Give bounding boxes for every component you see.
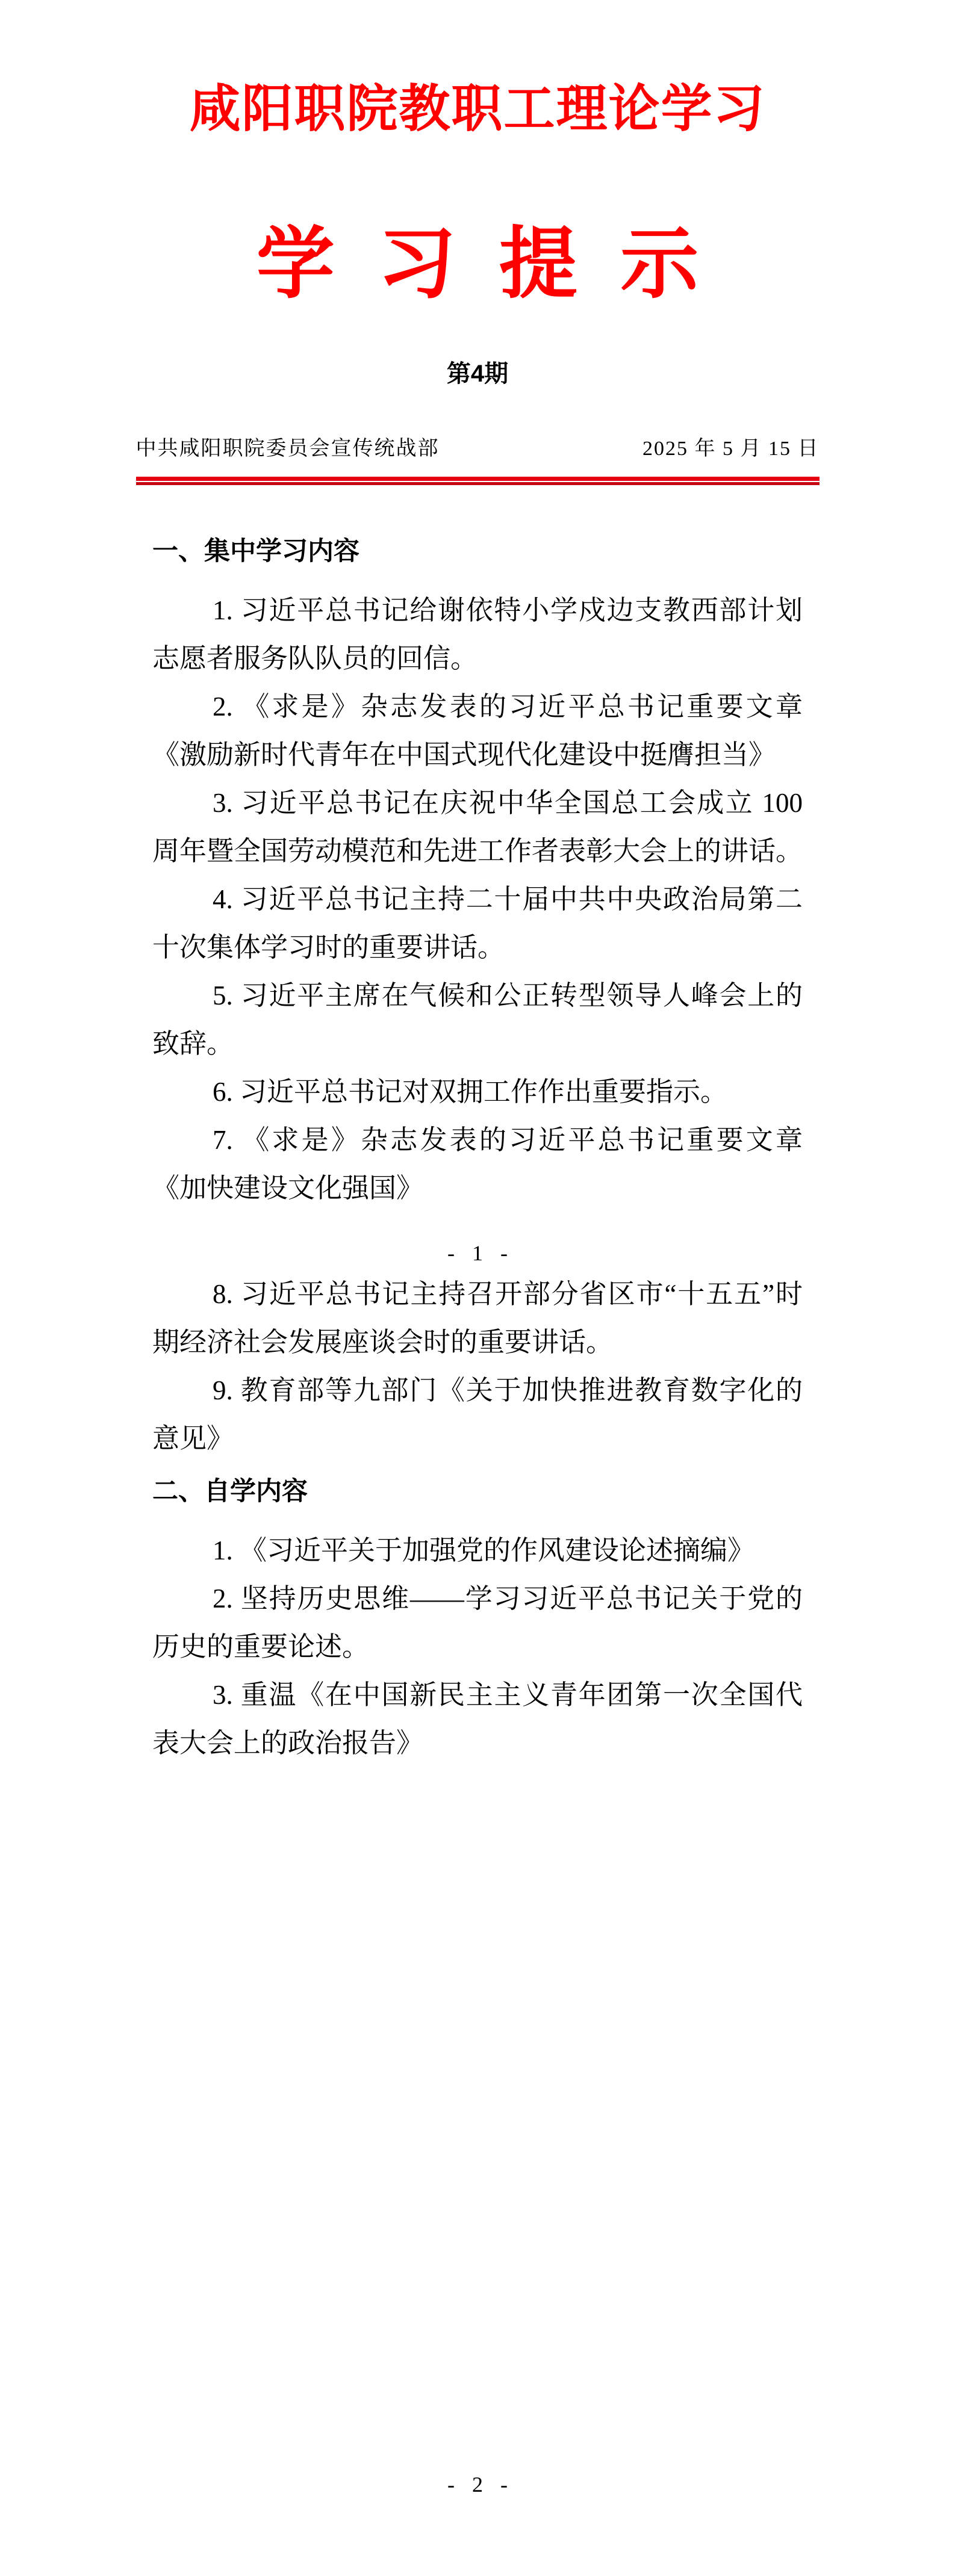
doc-subtitle: 学习提示 [0, 223, 955, 307]
list-item-2-1: 1. 《习近平关于加强党的作风建设论述摘编》 [152, 1526, 803, 1574]
list-item-1-7: 7. 《求是》杂志发表的习近平总书记重要文章《加快建设文化强国》 [152, 1116, 803, 1212]
page-number-1: - 1 - [152, 1240, 803, 1266]
issue-number: 第4期 [0, 360, 955, 388]
list-item-1-2: 2. 《求是》杂志发表的习近平总书记重要文章《激励新时代青年在中国式现代化建设中… [152, 683, 803, 779]
section-2-heading: 二、自学内容 [152, 1467, 803, 1516]
list-item-1-6: 6. 习近平总书记对双拥工作作出重要指示。 [152, 1068, 803, 1116]
rule-top-line [136, 477, 820, 481]
section-1-heading: 一、集中学习内容 [152, 527, 803, 575]
doc-title: 咸阳职院教职工理论学习 [0, 78, 955, 141]
rule-bottom-line [136, 482, 820, 485]
list-item-1-1: 1. 习近平总书记给谢依特小学戍边支教西部计划志愿者服务队队员的回信。 [152, 586, 803, 683]
page-2-blank-area [152, 1767, 803, 2471]
issuing-department: 中共咸阳职院委员会宣传统战部 [136, 437, 440, 461]
issue-date: 2025 年 5 月 15 日 [642, 437, 820, 461]
list-item-2-3: 3. 重温《在中国新民主主义青年团第一次全国代表大会上的政治报告》 [152, 1671, 803, 1767]
list-item-1-3: 3. 习近平总书记在庆祝中华全国总工会成立 100 周年暨全国劳动模范和先进工作… [152, 779, 803, 875]
issue-info-row: 中共咸阳职院委员会宣传统战部 2025 年 5 月 15 日 [136, 437, 820, 461]
double-red-rule [136, 477, 820, 485]
page-number-2: - 2 - [152, 2471, 803, 2498]
document-page: 咸阳职院教职工理论学习 学习提示 第4期 中共咸阳职院委员会宣传统战部 2025… [0, 0, 955, 2576]
document-body: 一、集中学习内容 1. 习近平总书记给谢依特小学戍边支教西部计划志愿者服务队队员… [152, 527, 803, 2498]
list-item-2-2: 2. 坚持历史思维——学习习近平总书记关于党的历史的重要论述。 [152, 1574, 803, 1671]
list-item-1-9: 9. 教育部等九部门《关于加快推进教育数字化的意见》 [152, 1366, 803, 1463]
list-item-1-5: 5. 习近平主席在气候和公正转型领导人峰会上的致辞。 [152, 971, 803, 1068]
list-item-1-4: 4. 习近平总书记主持二十届中共中央政治局第二十次集体学习时的重要讲话。 [152, 875, 803, 971]
list-item-1-8: 8. 习近平总书记主持召开部分省区市“十五五”时期经济社会发展座谈会时的重要讲话… [152, 1270, 803, 1366]
